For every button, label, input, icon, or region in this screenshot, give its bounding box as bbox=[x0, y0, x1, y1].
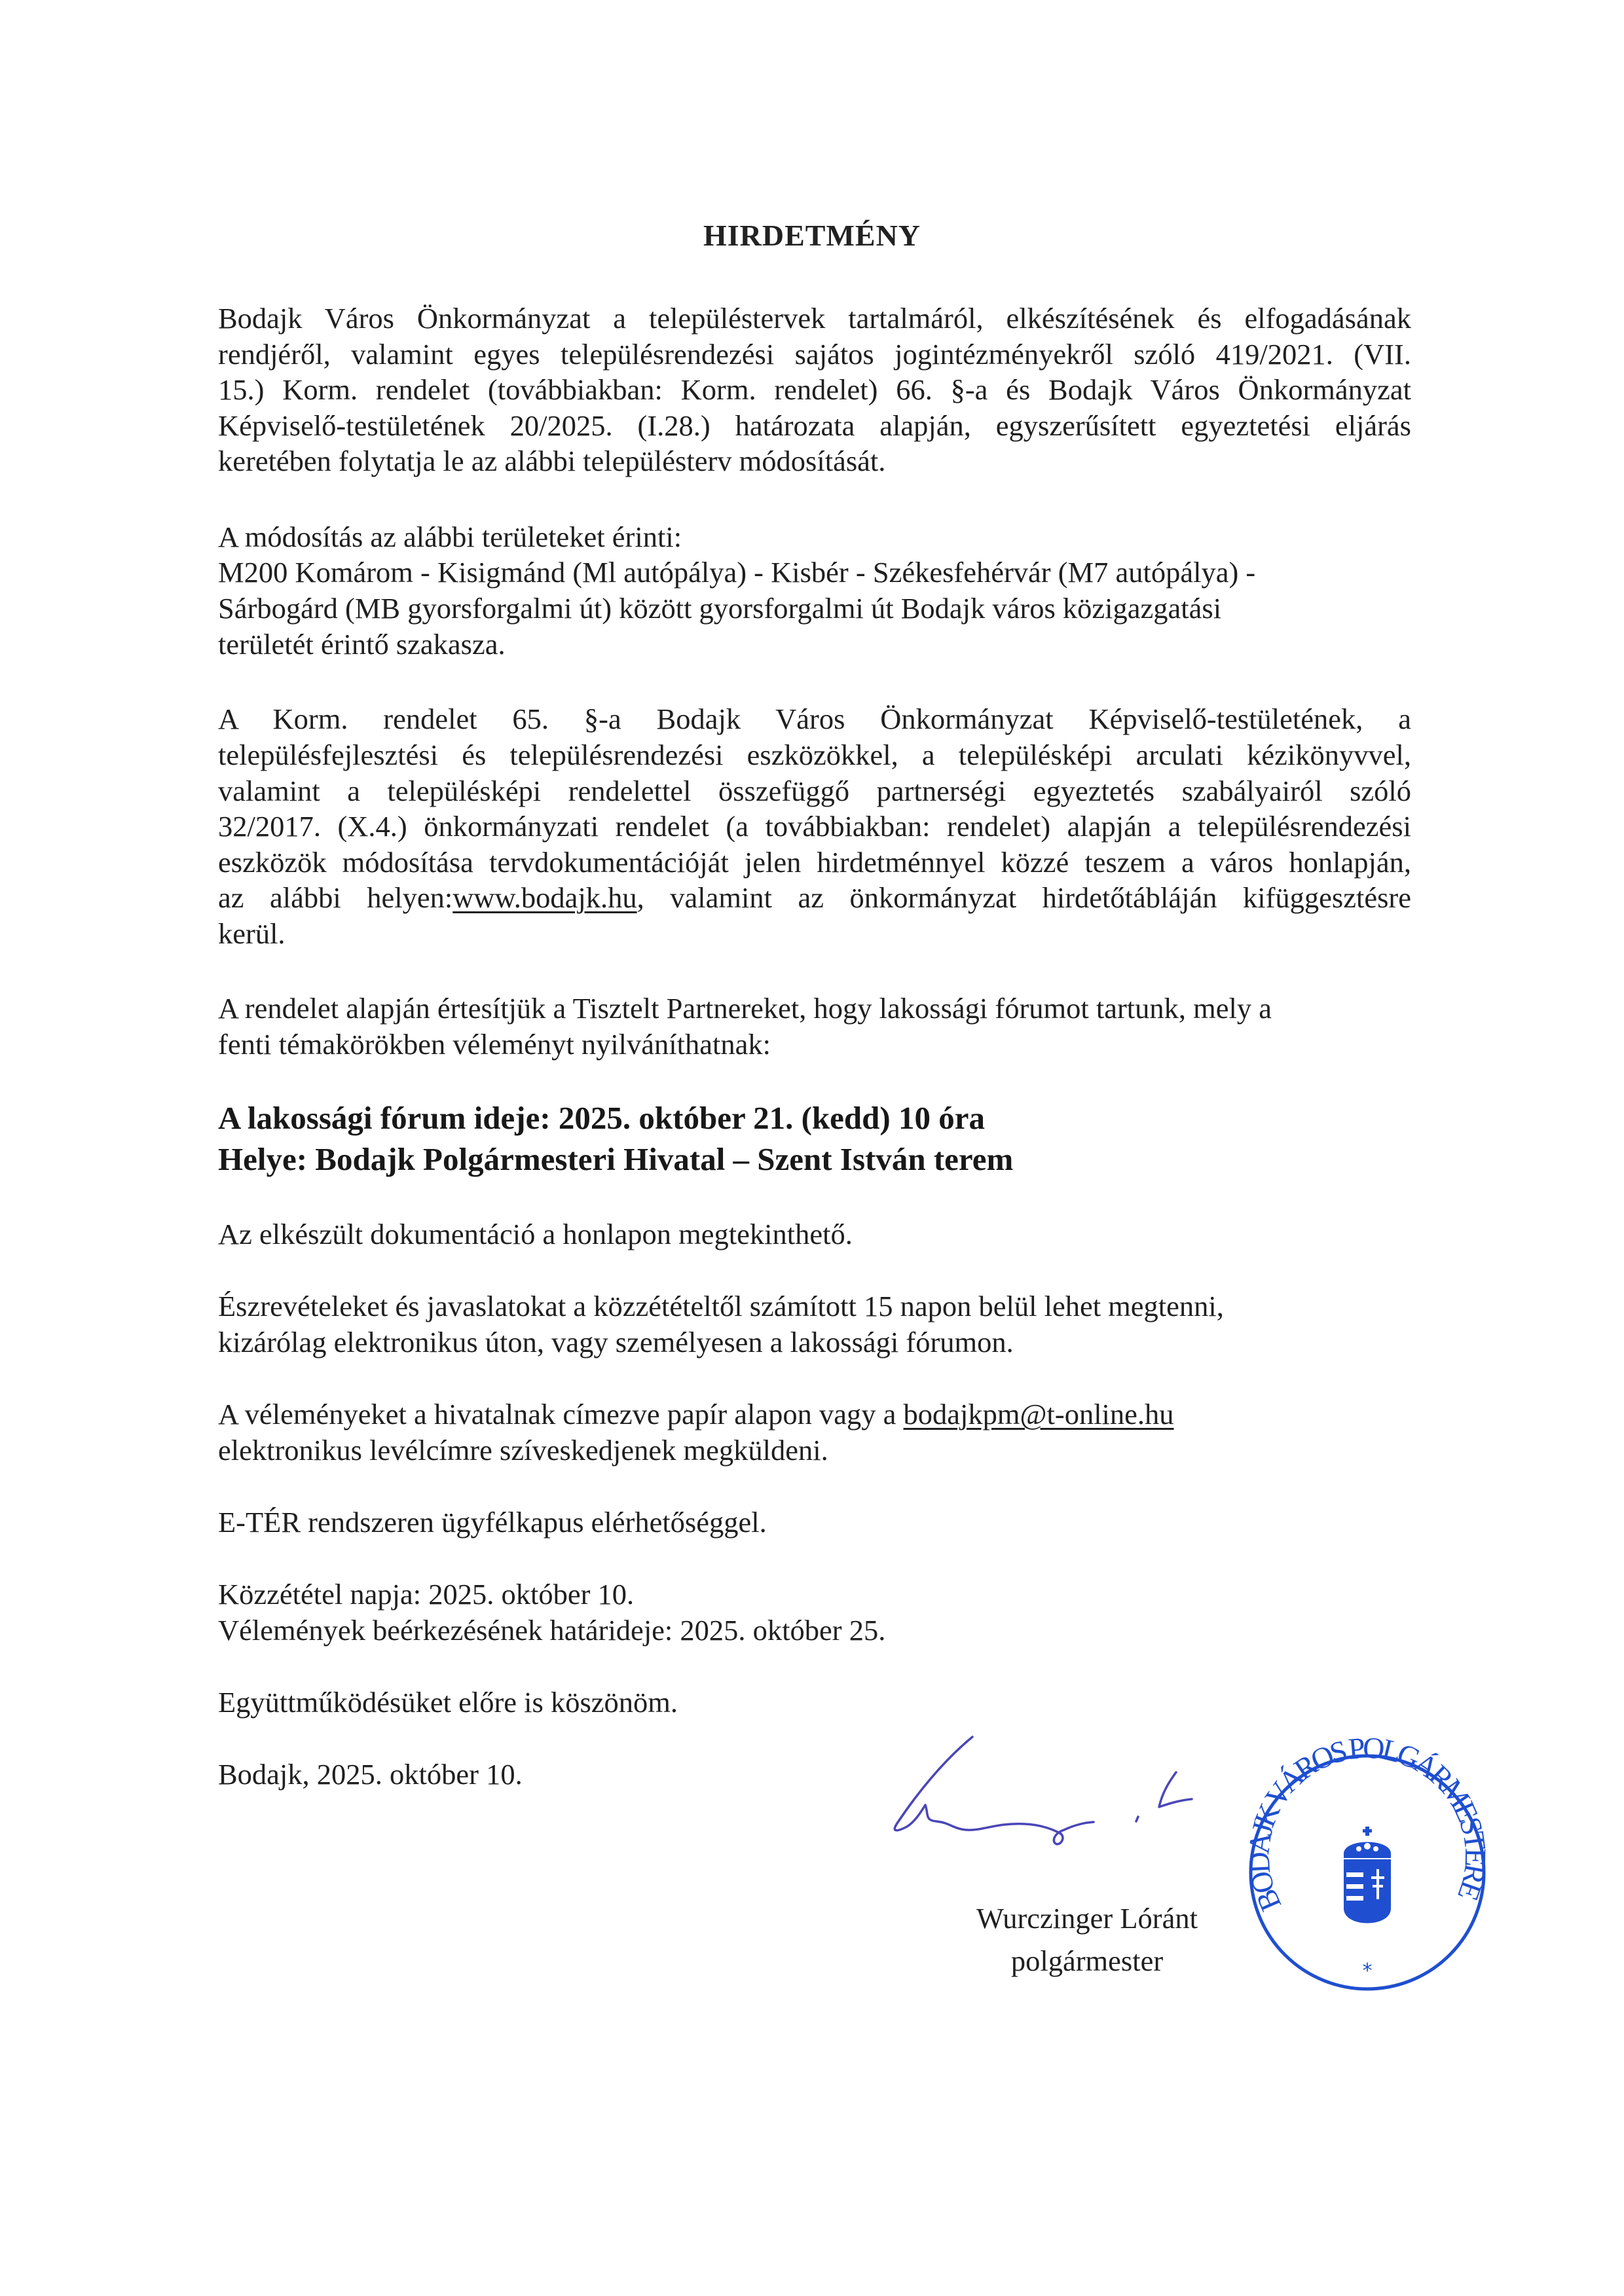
star-icon: * bbox=[1363, 1959, 1373, 1982]
notice-page: HIRDETMÉNY Bodajk Város Önkormányzat a t… bbox=[0, 0, 1624, 2296]
hungarian-coat-of-arms-icon bbox=[1344, 1827, 1391, 1923]
official-stamp: BODAJK VÁROS POLGÁRMESTERE bbox=[0, 0, 1624, 2296]
